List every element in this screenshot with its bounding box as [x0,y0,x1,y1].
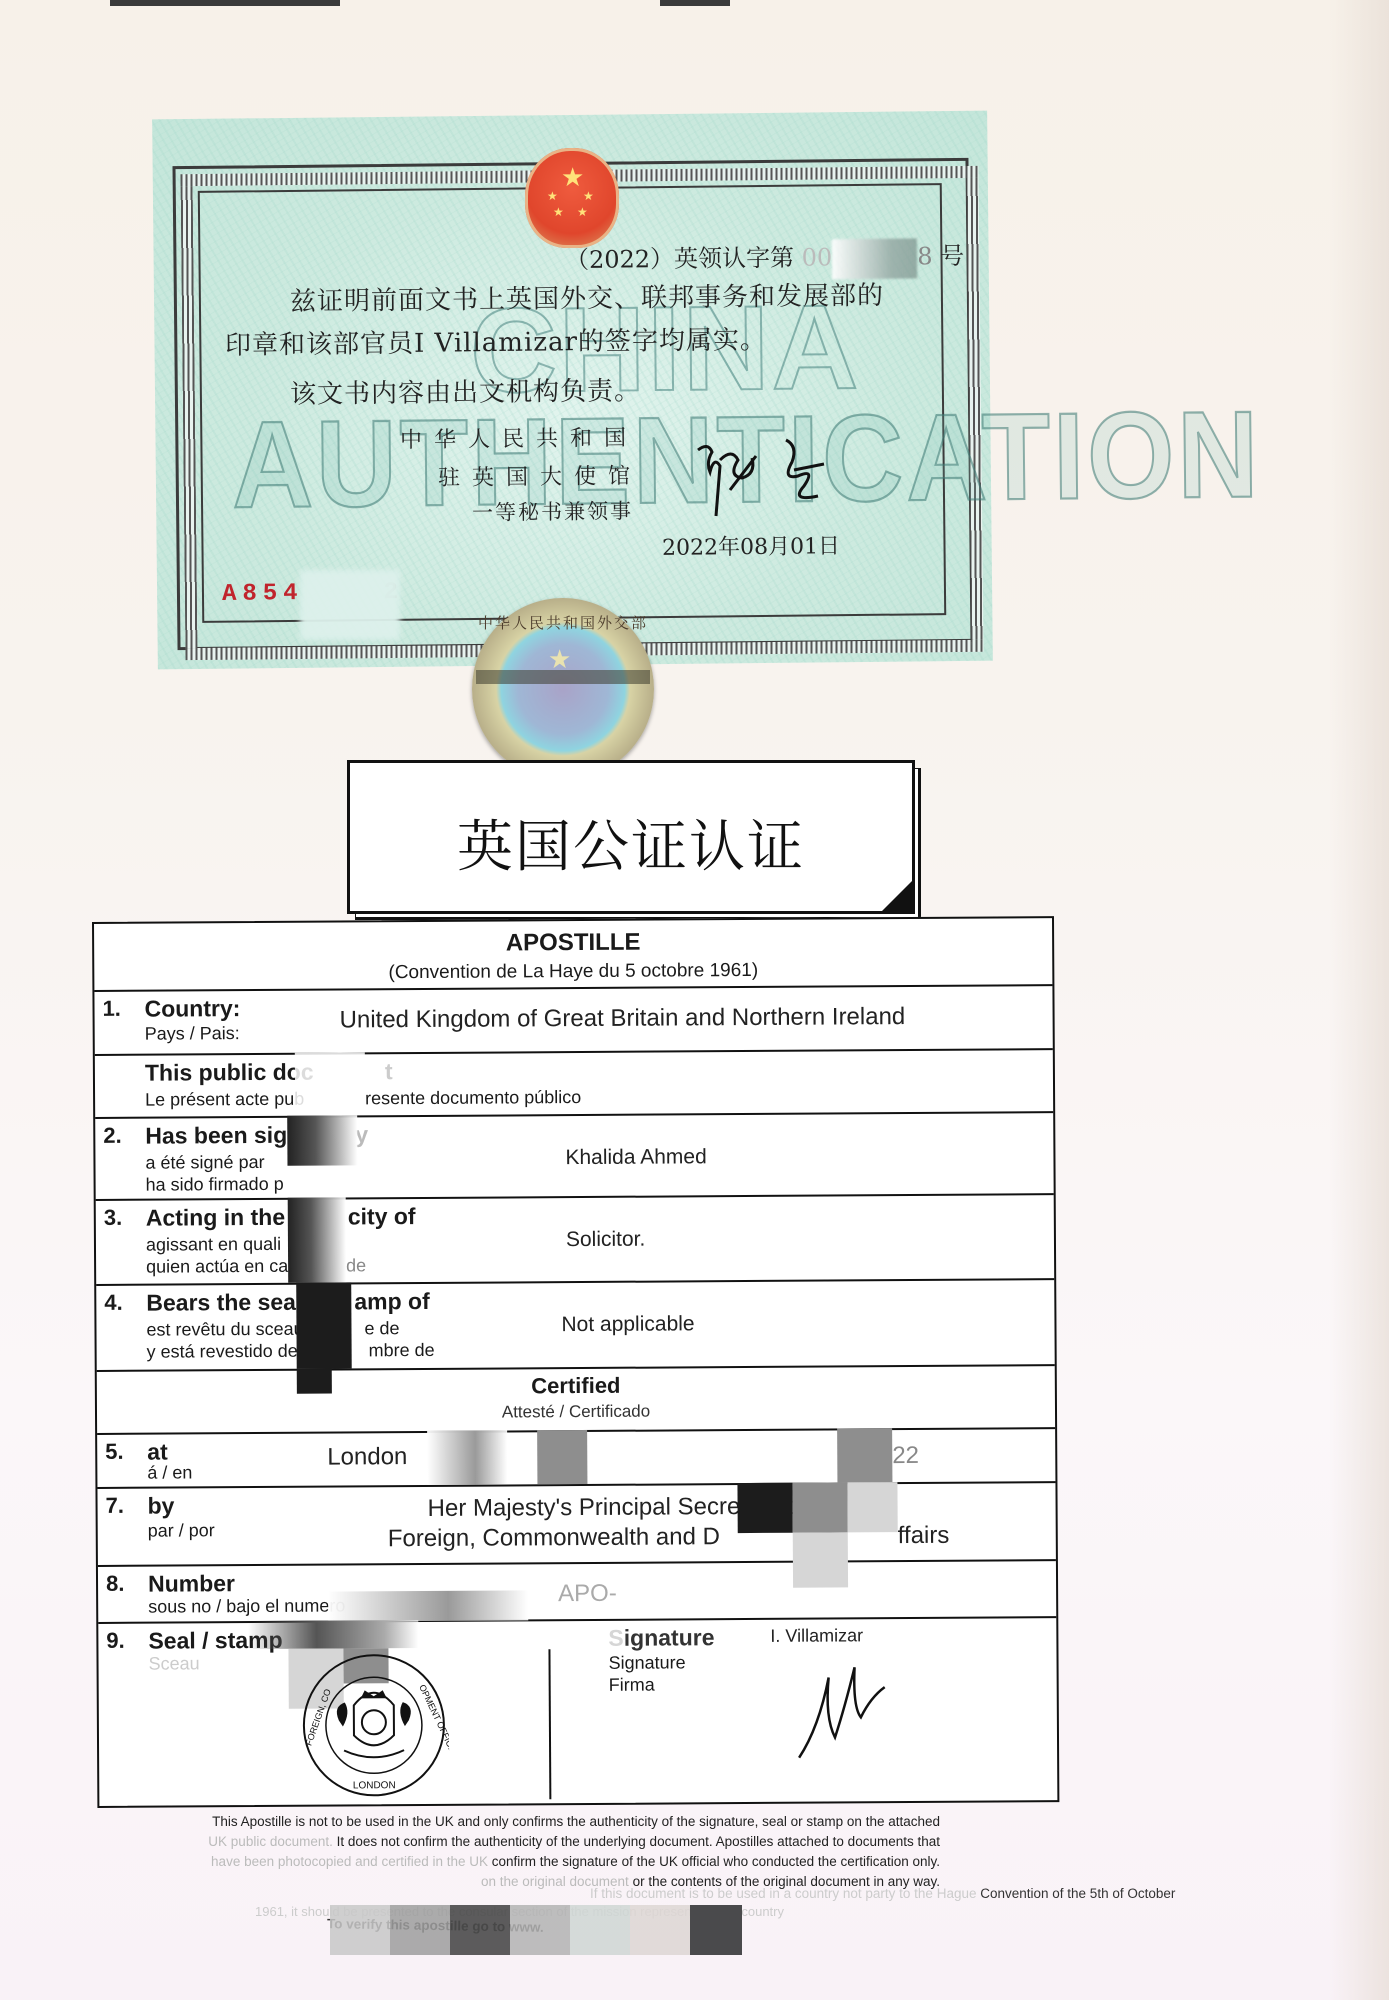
capacity-value: Solicitor. [566,1228,646,1252]
redaction-block [603,1623,625,1651]
row-capacity: 3. Acting in the city of agissant en qua… [96,1193,1055,1286]
official-signature [779,1657,900,1768]
row-number: 9. [106,1628,125,1654]
redaction-block [390,1905,450,1955]
faded-text: have been photocopied and certified in t… [211,1854,488,1869]
redaction-block [328,1590,528,1621]
row-seal-signature: 9. Seal / stamp Sceau LONDON FOREIGN, CO… [98,1616,1057,1806]
certificate-paragraph-1: 兹证明前面文书上英国外交、联邦事务和发展部的 [290,275,884,318]
row-sublabel-2: quien actúa en ca [146,1256,288,1278]
svg-text:FOREIGN, CO: FOREIGN, CO [303,1688,332,1747]
redaction-block [570,1905,630,1955]
certified-title: Certified [97,1364,1055,1402]
redaction-block [737,1483,792,1533]
row-sublabel-2-end: de [346,1255,366,1276]
row-sublabel: Pays / Pais: [145,1023,240,1045]
row-number: 5. [105,1439,124,1465]
star-icon: ★ [561,164,584,190]
redaction-block [288,1197,347,1282]
apostille-certificate: APOSTILLE (Convention de La Haye du 5 oc… [92,916,1059,1808]
row-place-date: 5. at á / en London 22 [97,1427,1055,1489]
row-label: Country: [144,995,240,1023]
consul-signature [690,430,840,520]
document-type-label: 英国公证认证 [347,760,915,914]
redaction-block [847,1482,897,1532]
national-emblem-icon: ★ ★ ★ ★ ★ [525,148,619,248]
row-sublabel-end: resente documento público [365,1087,581,1109]
certificate-reference-number: （2022）英领认字第 008 号 [565,236,965,282]
reference-partial-end: 8 [917,242,933,270]
disclaimer-line-3: have been photocopied and certified in t… [140,1852,940,1872]
redaction-block [295,1052,365,1114]
row-certified-by: 7. by par / por Her Majesty's Principal … [97,1481,1055,1567]
issuer-line-1: 中华人民共和国 [400,421,638,454]
document-type-text: 英国公证认证 [350,803,912,883]
signatory-name: I. Villamizar [770,1625,863,1647]
text: It does not confirm the authenticity of … [333,1834,940,1849]
date-fragment: 22 [892,1442,919,1470]
apostille-title: APOSTILLE [94,918,1052,960]
row-public-document: This public doc t Le présent acte pub re… [95,1048,1053,1119]
row-sublabel: sous no / bajo el numero [148,1595,345,1617]
row-sublabel: agissant en quali [146,1234,281,1256]
redaction-block [297,1369,332,1394]
row-sublabel: par / por [148,1520,215,1541]
text: confirm the signature of the UK official… [488,1854,940,1869]
country-value: United Kingdom of Great Britain and Nort… [340,1003,906,1034]
certified-by-line-2-end: ffairs [898,1522,950,1550]
row-certified: Certified Attesté / Certificado [97,1364,1055,1435]
certificate-paragraph-3: 该文书内容由出文机构负责。 [290,370,641,411]
certified-by-line-2: Foreign, Commonwealth and D [388,1523,720,1553]
redaction-block [248,1620,418,1649]
row-sublabel: á / en [147,1462,192,1483]
redaction-block [287,1115,357,1165]
row-signed-by: 2. Has been sign y a été signé par ha si… [95,1111,1053,1201]
redaction-block [510,1905,570,1955]
redaction-block [792,1482,847,1532]
row-sublabel: a été signé par [145,1152,264,1174]
certified-subtitle: Attesté / Certificado [97,1399,1055,1425]
column-separator [548,1649,551,1799]
certificate-paragraph-2: 印章和该部官员I Villamizar的签字均属实。 [225,319,767,362]
row-label: Has been sign [145,1122,301,1150]
star-icon: ★ [583,190,594,202]
fco-seal-stamp: LONDON FOREIGN, CO OPMENT OFFICE [298,1650,449,1801]
signature-sublabel-2: Firma [609,1675,655,1696]
reference-partial-start: 00 [802,243,833,271]
row-sublabel: Sceau [148,1653,199,1674]
row-sublabel-end: e de [364,1318,399,1339]
reference-suffix: 号 [940,242,964,270]
row-sublabel: est revêtu du sceau [146,1319,303,1341]
hologram-text: 中华人民共和国外交部 [472,612,654,633]
apostille-number-value: APO- [558,1580,617,1608]
row-label-end: t [385,1058,393,1085]
star-icon: ★ [553,206,564,218]
star-icon: ★ [577,206,588,218]
row-sublabel: Le présent acte pub [145,1089,304,1111]
redaction-block [427,1430,507,1484]
apostille-subtitle: (Convention de La Haye du 5 octobre 1961… [94,958,1052,986]
row-label: by [147,1493,174,1520]
apostille-header: APOSTILLE (Convention de La Haye du 5 oc… [94,918,1052,992]
disclaimer-line-2: UK public document. It does not confirm … [140,1832,940,1852]
row-number: 4. [104,1290,123,1316]
row-seal-stamp: 4. Bears the sea amp of est revêtu du sc… [96,1278,1055,1372]
reference-prefix: （2022）英领认字第 [565,244,794,274]
seal-stamp-value: Not applicable [561,1312,694,1337]
certificate-date: 2022年08月01日 [662,529,840,562]
text: Convention of the 5th of October [976,1886,1175,1901]
redaction-block [300,570,400,640]
redaction-block [690,1905,742,1955]
row-label-end: amp of [354,1288,430,1315]
faded-text: If this document is to be used in a coun… [590,1886,976,1901]
star-icon: ★ [547,190,558,202]
svg-text:LONDON: LONDON [353,1780,396,1791]
row-number: 2. [103,1123,122,1149]
place-value: London [327,1443,407,1471]
row-sublabel-2: ha sido firmado p [146,1174,284,1196]
issuer-line-3: 一等秘书兼领事 [472,495,633,527]
redaction-block [330,1905,390,1955]
paper-edge-shadow [1329,0,1389,2000]
row-label: Acting in the [146,1204,285,1232]
redaction-block [450,1905,510,1955]
row-number-index: 8. [106,1571,125,1597]
redaction-block [537,1430,587,1484]
redaction-block [832,238,917,279]
row-sublabel-2: y está revestido del [147,1341,302,1363]
scan-edge-mark [660,0,730,6]
signature-sublabel-1: Signature [608,1652,685,1673]
row-label-end: city of [348,1203,416,1230]
redaction-block [296,1282,352,1368]
row-number: 3. [104,1205,123,1231]
row-country: 1. Country: Pays / Pais: United Kingdom … [94,984,1052,1056]
row-number: 1. [102,996,121,1022]
serial-start: A854 [222,580,304,608]
row-number: 8. Number sous no / bajo el numero APO- [98,1559,1056,1624]
redaction-block [837,1428,892,1482]
scan-edge-mark [110,0,340,6]
signed-by-value: Khalida Ahmed [565,1145,706,1170]
disclaimer-line-5: If this document is to be used in a coun… [590,1886,1175,1901]
row-label: Number [148,1570,235,1598]
disclaimer-line-1: This Apostille is not to be used in the … [140,1812,940,1832]
faded-text: UK public document. [208,1834,333,1849]
row-label: Bears the sea [146,1289,296,1317]
row-number: 7. [105,1493,124,1519]
star-icon: ★ [548,644,571,675]
hologram-seal: 中华人民共和国外交部 ★ [472,598,654,780]
issuer-line-2: 驻英国大使馆 [438,459,642,492]
redaction-block [630,1905,690,1955]
row-label: This public doc [145,1059,314,1087]
apostille-disclaimer: This Apostille is not to be used in the … [140,1812,940,1892]
row-sublabel-2-end: mbre de [369,1340,435,1361]
folded-corner [879,878,915,914]
